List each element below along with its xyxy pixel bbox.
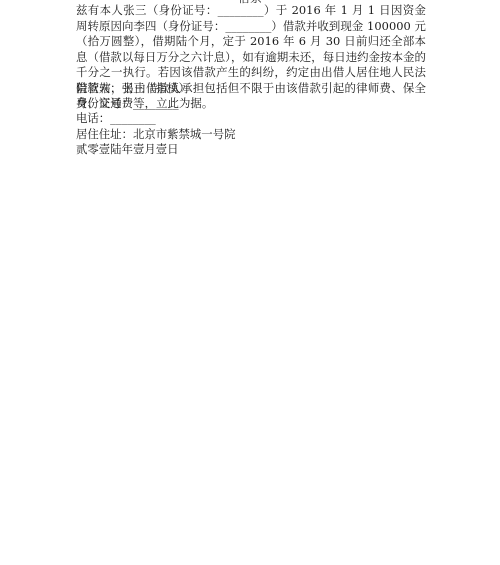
address-line: 居住住址：北京市紫禁城一号院	[76, 127, 235, 142]
date-line: 贰零壹陆年壹月壹日	[76, 142, 235, 157]
borrower-line: 借款人：张三（指模）	[76, 81, 235, 96]
id-number-line: 身份证号：________	[76, 96, 235, 111]
phone-line: 电话：________	[76, 111, 235, 126]
signature-block: 借款人：张三（指模） 身份证号：________ 电话：________ 居住住…	[76, 81, 235, 157]
document-page: 借条 兹有本人张三（身份证号：________）于 2016 年 1 月 1 日…	[0, 0, 500, 565]
